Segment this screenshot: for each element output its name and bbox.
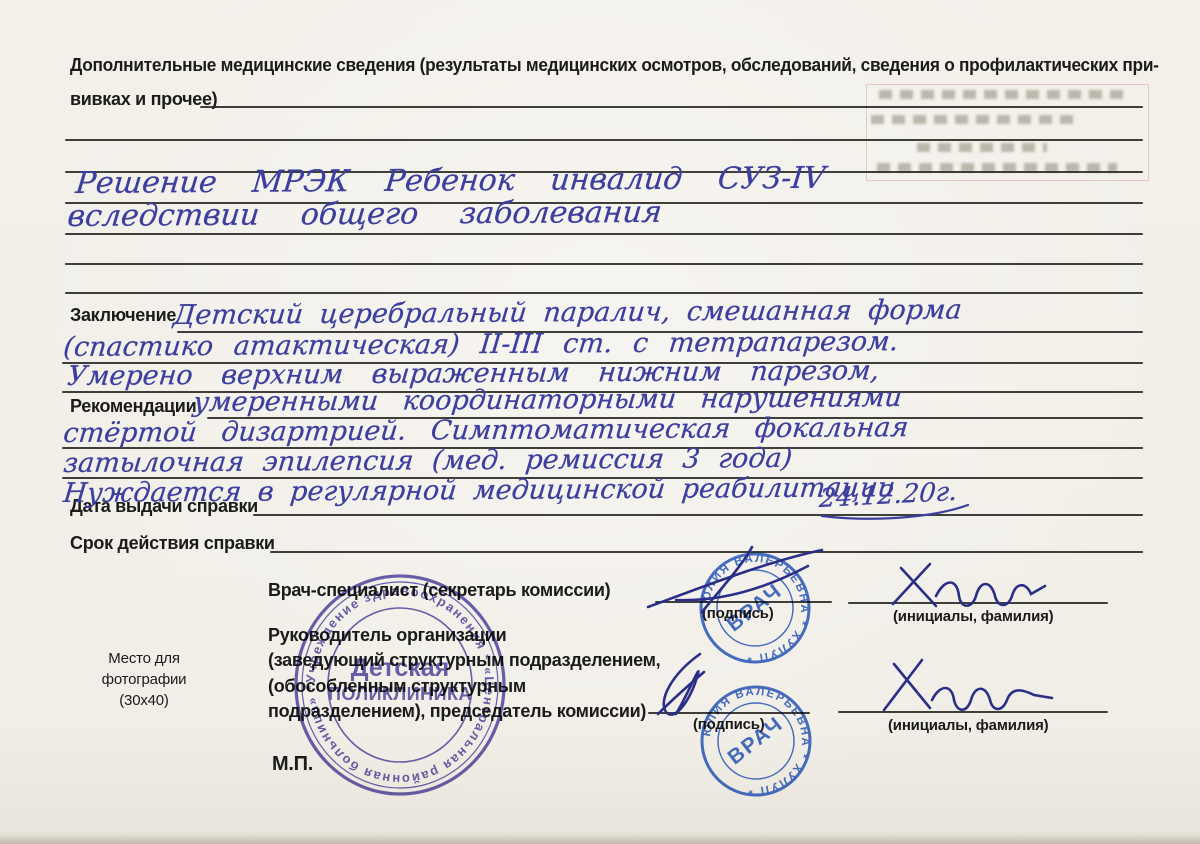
handwriting-conclusion-line1: Детский церебральный паралич, смешанная …	[172, 295, 963, 331]
bleed-through-text	[879, 90, 1129, 99]
photo-place-line1: Место для	[88, 648, 200, 669]
clinic-stamp-center-line2: ПОЛИКЛИНИКА	[290, 684, 510, 705]
scanned-medical-certificate: Дополнительные медицинские сведения (рез…	[0, 0, 1200, 844]
ruled-line	[65, 263, 1143, 265]
recommendations-label: Рекомендации	[70, 396, 196, 417]
signature-stroke	[901, 568, 936, 606]
clinic-stamp: Учреждение здравоохранения * «Центральна…	[290, 570, 510, 800]
ruled-line	[65, 139, 1143, 141]
bleed-through-text	[871, 115, 1081, 124]
doctor-stamp: ЮЛИЯ ВАЛЕРЬЕВНА * ХУЛУП * ВРАЧ	[698, 683, 814, 799]
signature-stroke	[893, 564, 930, 604]
signature-stroke	[664, 654, 700, 715]
handwriting-issue-date: 24.12.20г.	[818, 477, 959, 514]
conclusion-label: Заключение	[70, 305, 176, 326]
bleed-through-box	[866, 84, 1149, 181]
scan-shadow	[0, 832, 1200, 844]
handwriting-entry-line1: Решение МРЭК Ребенок инвалид СУЗ-IV	[74, 161, 827, 201]
photo-place-label: Место для фотографии (30х40)	[88, 648, 200, 711]
ruled-line	[253, 514, 1143, 516]
form-header-line2: вивках и прочее)	[70, 89, 217, 110]
ruled-line	[200, 106, 1143, 108]
form-header-line1: Дополнительные медицинские сведения (рез…	[70, 55, 1159, 76]
photo-place-line2: фотографии	[88, 669, 200, 690]
initials-line	[838, 711, 1108, 713]
signature-stroke	[884, 660, 922, 710]
handwriting-recommendation-line4: Нуждается в регулярной медицинской реаби…	[62, 472, 897, 509]
signature-stroke	[932, 688, 1052, 710]
initials-caption: (инициалы, фамилия)	[893, 608, 1053, 625]
ruled-line	[65, 233, 1143, 235]
ruled-line	[65, 292, 1143, 294]
initials-caption: (инициалы, фамилия)	[888, 717, 1048, 734]
validity-period-label: Срок действия справки	[70, 533, 275, 554]
clinic-stamp-center-line1: Детская	[290, 654, 510, 683]
photo-place-line3: (30х40)	[88, 690, 200, 711]
bleed-through-text	[917, 143, 1047, 152]
signature-stroke	[894, 664, 930, 708]
handwriting-entry-line2: вследствии общего заболевания	[66, 195, 664, 234]
doctor-stamp: ЮЛИЯ ВАЛЕРЬЕВНА * ХУЛУП * ВРАЧ	[697, 550, 813, 666]
initials-line	[848, 602, 1108, 604]
